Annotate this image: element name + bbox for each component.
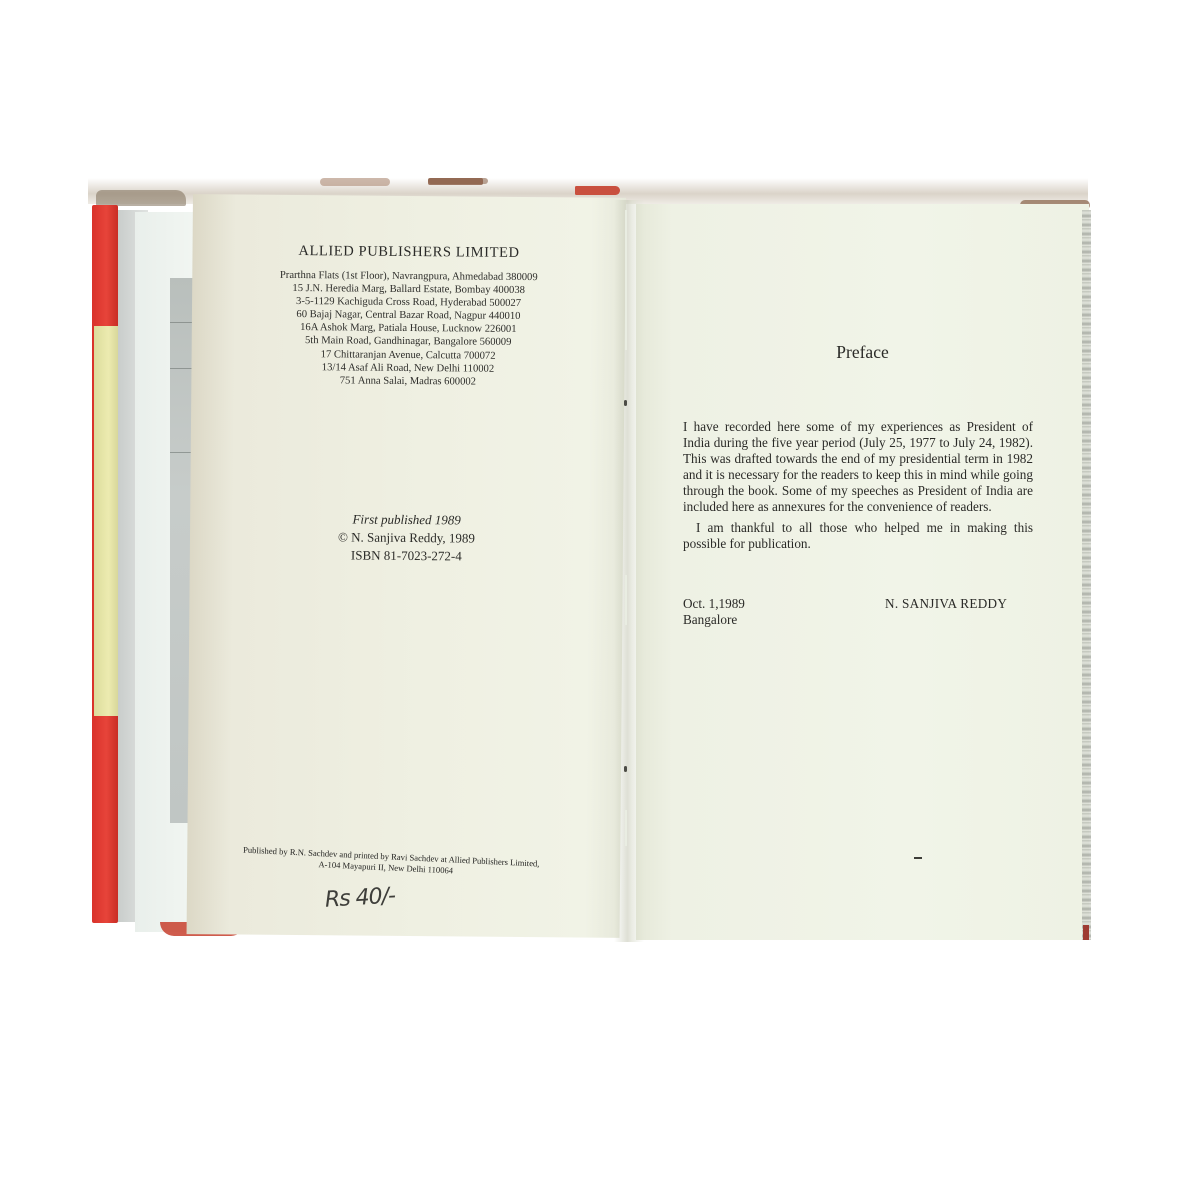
page-fore-edge [1082,210,1091,940]
binding-stitch [625,810,627,846]
publisher-name: ALLIED PUBLISHERS LIMITED [192,242,625,263]
binding-thread [624,400,627,406]
preface-page: Preface I have recorded here some of my … [636,204,1089,940]
cover-tear [428,178,483,185]
printer-mark [914,857,922,859]
printer-imprint: Published by R.N. Sachdev and printed by… [242,845,563,882]
signature-date: Oct. 1,1989 [683,596,745,612]
cover-tear [320,178,390,186]
isbn: ISBN 81-7023-272-4 [190,545,623,567]
imprint-page: ALLIED PUBLISHERS LIMITED Prarthna Flats… [187,194,626,938]
binding-stitch [625,210,627,350]
cover-tear [575,186,620,195]
book-gutter [614,200,644,942]
preface-paragraph: I am thankful to all those who helped me… [683,520,1033,552]
cover-tear [96,190,186,206]
cover-corner [1083,925,1089,940]
preface-paragraph: I have recorded here some of my experien… [683,419,1033,514]
spine-yellow-band [94,326,118,716]
preface-body: I have recorded here some of my experien… [683,419,1033,552]
page-title: Preface [636,342,1089,363]
signature-name: N. SANJIVA REDDY [885,596,1007,612]
binding-thread [624,766,627,772]
address-line: 751 Anna Salai, Madras 600002 [191,373,624,390]
binding-stitch [625,575,627,625]
publisher-addresses: Prarthna Flats (1st Floor), Navrangpura,… [191,268,625,390]
signature-date-place: Oct. 1,1989 Bangalore [683,596,745,628]
handwritten-price: Rs 40/- [324,883,395,912]
signature-place: Bangalore [683,612,745,628]
edition-info: First published 1989 © N. Sanjiva Reddy,… [190,509,623,567]
